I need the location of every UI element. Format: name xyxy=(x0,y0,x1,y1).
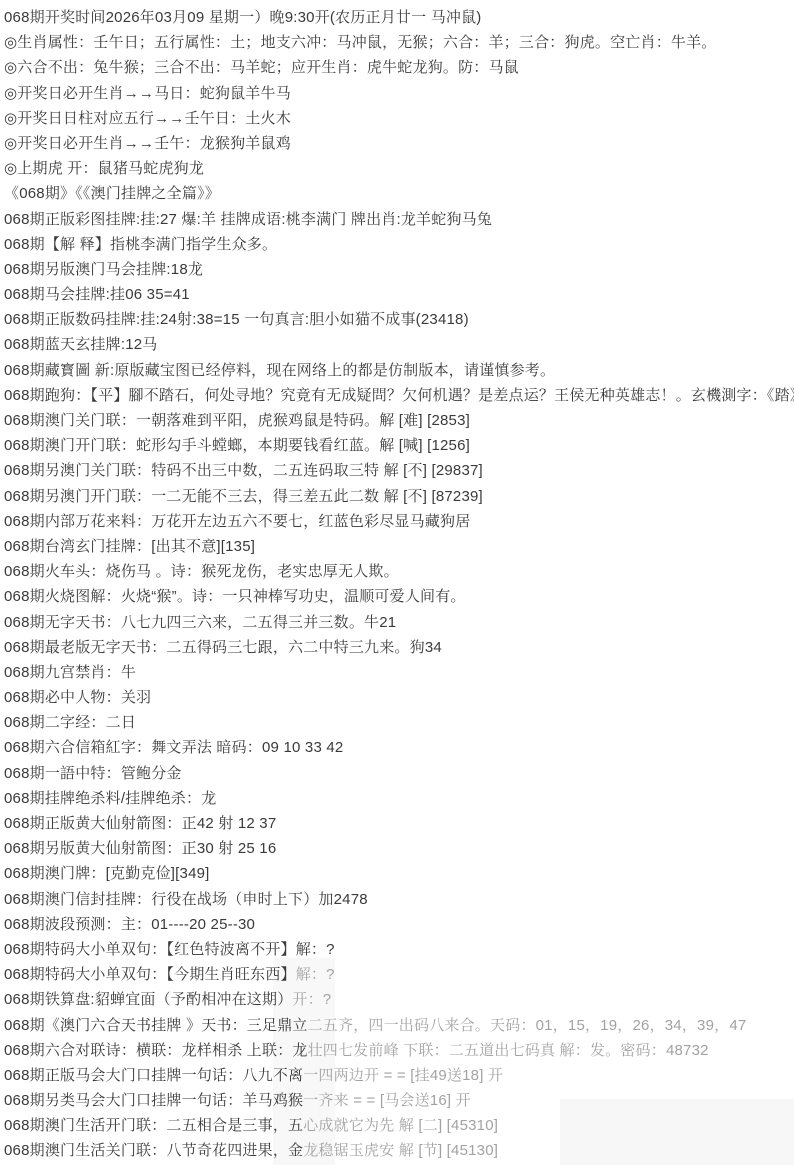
text-line: 《068期》《《澳门挂牌之全篇》》 xyxy=(4,181,794,206)
text-segment: 068期另澳门开门联：一二无能不三去，得三差五此二数 解 [不] [87239] xyxy=(4,488,483,505)
text-line: 068期正版马会大门口挂牌一句话：八九不离一四两边开 = = [挂49送18] … xyxy=(4,1063,794,1088)
text-segment: 068期正版马会大门口挂牌一句话：八九不离 xyxy=(4,1067,303,1084)
text-segment-muted: 二五齐，四一出码八来合。天码：01，15，19，26，34，39，47 xyxy=(308,1017,747,1034)
text-segment-muted: 解：? xyxy=(296,966,335,983)
text-segment: 068期内部万花来料：万花开左边五六不要七，红蓝色彩尽显马藏狗居 xyxy=(4,513,470,530)
text-line: 068期另类马会大门口挂牌一句话：羊马鸡猴一齐来 = = [马会送16] 开 xyxy=(4,1088,794,1113)
text-segment-muted: 一齐来 = = [马会送16] 开 xyxy=(303,1092,471,1109)
text-segment: 068期澳门生活关门联：八节奇花四进果，金 xyxy=(4,1142,303,1159)
text-segment: 068期一語中特：管鲍分金 xyxy=(4,765,182,782)
text-line: 068期六合信箱紅字：舞文弄法 暗码：09 10 33 42 xyxy=(4,735,794,760)
text-segment: 068期无字天书：八七九四三六来，二五得三并三数。牛21 xyxy=(4,614,396,631)
text-line: 068期澳门关门联：一朝落难到平阳，虎猴鸡鼠是特码。解 [难] [2853] xyxy=(4,408,794,433)
text-segment: 068期台湾玄门挂牌：[出其不意][135] xyxy=(4,538,255,555)
text-segment: 068期澳门牌：[克勤克俭][349] xyxy=(4,865,210,882)
text-line: 068期开奖时间2026年03月09 星期一）晚9:30开(农历正月廿一 马冲鼠… xyxy=(4,5,794,30)
text-segment-muted: 壮四七发前峰 下联：二五道出七码真 解：发。密码：48732 xyxy=(308,1042,709,1059)
text-line: 068期必中人物：关羽 xyxy=(4,685,794,710)
text-line: 068期《澳门六合天书挂牌 》天书：三足鼎立二五齐，四一出码八来合。天码：01，… xyxy=(4,1013,794,1038)
text-segment-muted: 心成就它为先 解 [二] [45310] xyxy=(303,1117,498,1134)
text-segment: 068期马会挂牌:挂06 35=41 xyxy=(4,286,190,303)
text-line: 068期澳门信封挂牌：行役在战场（申时上下）加2478 xyxy=(4,887,794,912)
text-segment: 068期澳门生活开门联：二五相合是三事，五 xyxy=(4,1117,303,1134)
text-segment: 068期挂牌绝杀料/挂牌绝杀：龙 xyxy=(4,790,216,807)
text-segment: 068期六合对联诗：横联：龙样相杀 上联：龙 xyxy=(4,1042,308,1059)
text-segment: 068期铁算盘:貂蝉宜面（予酌相冲在这期） xyxy=(4,991,292,1008)
text-segment-muted: 龙稳锯玉虎安 解 [节] [45130] xyxy=(303,1142,498,1159)
text-line: 068期跑狗：【平】腳不踏石，何处寻地？究竟有无成疑問？欠何机遇？是差点运？王侯… xyxy=(4,383,794,408)
text-line: 068期挂牌绝杀料/挂牌绝杀：龙 xyxy=(4,786,794,811)
text-segment: 068期另澳门关门联：特码不出三中数，二五连码取三特 解 [不] [29837] xyxy=(4,462,483,479)
text-line: ◎生肖属性：壬午日；五行属性：土；地支六冲：马冲鼠，无猴；六合：羊；三合：狗虎。… xyxy=(4,30,794,55)
text-segment: 068期澳门开门联：蛇形勾手斗螳螂，本期要钱看红蓝。解 [喊] [1256] xyxy=(4,437,470,454)
text-line: ◎六合不出：兔牛猴；三合不出：马羊蛇；应开生肖：虎牛蛇龙狗。防：马鼠 xyxy=(4,55,794,80)
text-segment: 068期另版黄大仙射箭图：正30 射 25 16 xyxy=(4,840,276,857)
text-line: ◎上期虎 开：鼠猪马蛇虎狗龙 xyxy=(4,156,794,181)
text-segment: ◎生肖属性：壬午日；五行属性：土；地支六冲：马冲鼠，无猴；六合：羊；三合：狗虎。… xyxy=(4,34,717,51)
text-line: 068期九宫禁肖：牛 xyxy=(4,660,794,685)
text-segment: 068期开奖时间2026年03月09 星期一）晚9:30开(农历正月廿一 马冲鼠… xyxy=(4,9,482,26)
text-segment: 068期正版彩图挂牌:挂:27 爆:羊 挂牌成语:桃李满门 牌出肖:龙羊蛇狗马兔 xyxy=(4,211,492,228)
text-segment-muted: 一四两边开 = = [挂49送18] 开 xyxy=(303,1067,503,1084)
text-line: ◎开奖日必开生肖→→马日：蛇狗鼠羊牛马 xyxy=(4,81,794,106)
text-line: 068期另版黄大仙射箭图：正30 射 25 16 xyxy=(4,836,794,861)
text-segment: 068期澳门信封挂牌：行役在战场（申时上下）加2478 xyxy=(4,891,368,908)
text-segment: 068期特码大小单双句：【红色特波离不开】解：? xyxy=(4,941,335,958)
text-line: 068期最老版无字天书：二五得码三七跟，六二中特三九来。狗34 xyxy=(4,635,794,660)
text-line: 068期澳门生活关门联：八节奇花四进果，金龙稳锯玉虎安 解 [节] [45130… xyxy=(4,1138,794,1163)
text-line: 068期特码大小单双句：【今期生肖旺东西】解：? xyxy=(4,962,794,987)
text-line: 068期澳门牌：[克勤克俭][349] xyxy=(4,861,794,886)
text-line: 068期澳门生活开门联：二五相合是三事，五心成就它为先 解 [二] [45310… xyxy=(4,1113,794,1138)
text-line: 068期正版黄大仙射箭图：正42 射 12 37 xyxy=(4,811,794,836)
text-segment: ◎开奖日必开生肖→→马日：蛇狗鼠羊牛马 xyxy=(4,85,291,102)
text-line: 068期另澳门关门联：特码不出三中数，二五连码取三特 解 [不] [29837] xyxy=(4,458,794,483)
text-segment: ◎开奖日日柱对应五行→→壬午日：土火木 xyxy=(4,110,291,127)
text-line: 068期六合对联诗：横联：龙样相杀 上联：龙壮四七发前峰 下联：二五道出七码真 … xyxy=(4,1038,794,1063)
text-segment: ◎六合不出：兔牛猴；三合不出：马羊蛇；应开生肖：虎牛蛇龙狗。防：马鼠 xyxy=(4,59,519,76)
text-line: 068期二字经：二日 xyxy=(4,710,794,735)
text-segment: 068期《澳门六合天书挂牌 》天书：三足鼎立 xyxy=(4,1017,308,1034)
text-segment: 068期正版黄大仙射箭图：正42 射 12 37 xyxy=(4,815,276,832)
text-segment: 068期特码大小单双句：【今期生肖旺东西】 xyxy=(4,966,296,983)
lottery-info-page: 068期开奖时间2026年03月09 星期一）晚9:30开(农历正月廿一 马冲鼠… xyxy=(0,0,794,1165)
text-segment: 068期另版澳门马会挂牌:18龙 xyxy=(4,261,203,278)
text-segment: 068期二字经：二日 xyxy=(4,714,136,731)
text-segment-muted: 开：? xyxy=(292,991,331,1008)
text-line: 068期另澳门开门联：一二无能不三去，得三差五此二数 解 [不] [87239] xyxy=(4,484,794,509)
text-segment: 《068期》《《澳门挂牌之全篇》》 xyxy=(4,185,220,202)
text-line: 068期一語中特：管鲍分金 xyxy=(4,761,794,786)
text-segment: ◎开奖日必开生肖→→壬午：龙猴狗羊鼠鸡 xyxy=(4,135,291,152)
text-segment: 068期藏寳圖 新:原版藏宝图已经停料，现在网络上的都是仿制版本，请谨慎参考。 xyxy=(4,362,555,379)
text-line: 068期内部万花来料：万花开左边五六不要七，红蓝色彩尽显马藏狗居 xyxy=(4,509,794,534)
text-segment: 068期火车头：烧伤马 。诗：猴死龙伤，老实忠厚无人欺。 xyxy=(4,563,399,580)
text-segment: 068期澳门关门联：一朝落难到平阳，虎猴鸡鼠是特码。解 [难] [2853] xyxy=(4,412,470,429)
text-line: 068期正版彩图挂牌:挂:27 爆:羊 挂牌成语:桃李满门 牌出肖:龙羊蛇狗马兔 xyxy=(4,207,794,232)
text-segment: 068期蓝天玄挂牌:12马 xyxy=(4,336,157,353)
text-segment: ◎上期虎 开：鼠猪马蛇虎狗龙 xyxy=(4,160,204,177)
text-line: 068期藏寳圖 新:原版藏宝图已经停料，现在网络上的都是仿制版本，请谨慎参考。 xyxy=(4,358,794,383)
text-line: 068期澳门开门联：蛇形勾手斗螳螂，本期要钱看红蓝。解 [喊] [1256] xyxy=(4,433,794,458)
text-line: 068期铁算盘:貂蝉宜面（予酌相冲在这期）开：? xyxy=(4,987,794,1012)
text-segment: 068期火烧图解：火烧“猴”。诗：一只神棒写功史，温顺可爱人间有。 xyxy=(4,588,466,605)
text-line: ◎开奖日必开生肖→→壬午：龙猴狗羊鼠鸡 xyxy=(4,131,794,156)
text-line: 068期另版澳门马会挂牌:18龙 xyxy=(4,257,794,282)
text-line: 068期火烧图解：火烧“猴”。诗：一只神棒写功史，温顺可爱人间有。 xyxy=(4,584,794,609)
text-line: 068期蓝天玄挂牌:12马 xyxy=(4,332,794,357)
text-segment: 068期另类马会大门口挂牌一句话：羊马鸡猴 xyxy=(4,1092,303,1109)
text-segment: 068期九宫禁肖：牛 xyxy=(4,664,136,681)
text-line: 068期波段预测：主：01----20 25--30 xyxy=(4,912,794,937)
text-line: 068期台湾玄门挂牌：[出其不意][135] xyxy=(4,534,794,559)
text-line: 068期特码大小单双句：【红色特波离不开】解：? xyxy=(4,937,794,962)
text-segment: 068期跑狗：【平】腳不踏石，何处寻地？究竟有无成疑問？欠何机遇？是差点运？王侯… xyxy=(4,387,794,404)
text-segment: 068期【解 释】指桃李满门指学生众多。 xyxy=(4,236,277,253)
text-segment: 068期波段预测：主：01----20 25--30 xyxy=(4,916,255,933)
text-line: 068期马会挂牌:挂06 35=41 xyxy=(4,282,794,307)
text-line: 068期无字天书：八七九四三六来，二五得三并三数。牛21 xyxy=(4,610,794,635)
text-segment: 068期六合信箱紅字：舞文弄法 暗码：09 10 33 42 xyxy=(4,739,343,756)
text-line-list: 068期开奖时间2026年03月09 星期一）晚9:30开(农历正月廿一 马冲鼠… xyxy=(0,0,794,1164)
text-line: ◎开奖日日柱对应五行→→壬午日：土火木 xyxy=(4,106,794,131)
text-segment: 068期最老版无字天书：二五得码三七跟，六二中特三九来。狗34 xyxy=(4,639,442,656)
text-line: 068期火车头：烧伤马 。诗：猴死龙伤，老实忠厚无人欺。 xyxy=(4,559,794,584)
text-segment: 068期必中人物：关羽 xyxy=(4,689,151,706)
text-line: 068期【解 释】指桃李满门指学生众多。 xyxy=(4,232,794,257)
text-line: 068期正版数码挂牌:挂:24射:38=15 一句真言:胆小如猫不成事(2341… xyxy=(4,307,794,332)
text-segment: 068期正版数码挂牌:挂:24射:38=15 一句真言:胆小如猫不成事(2341… xyxy=(4,311,469,328)
